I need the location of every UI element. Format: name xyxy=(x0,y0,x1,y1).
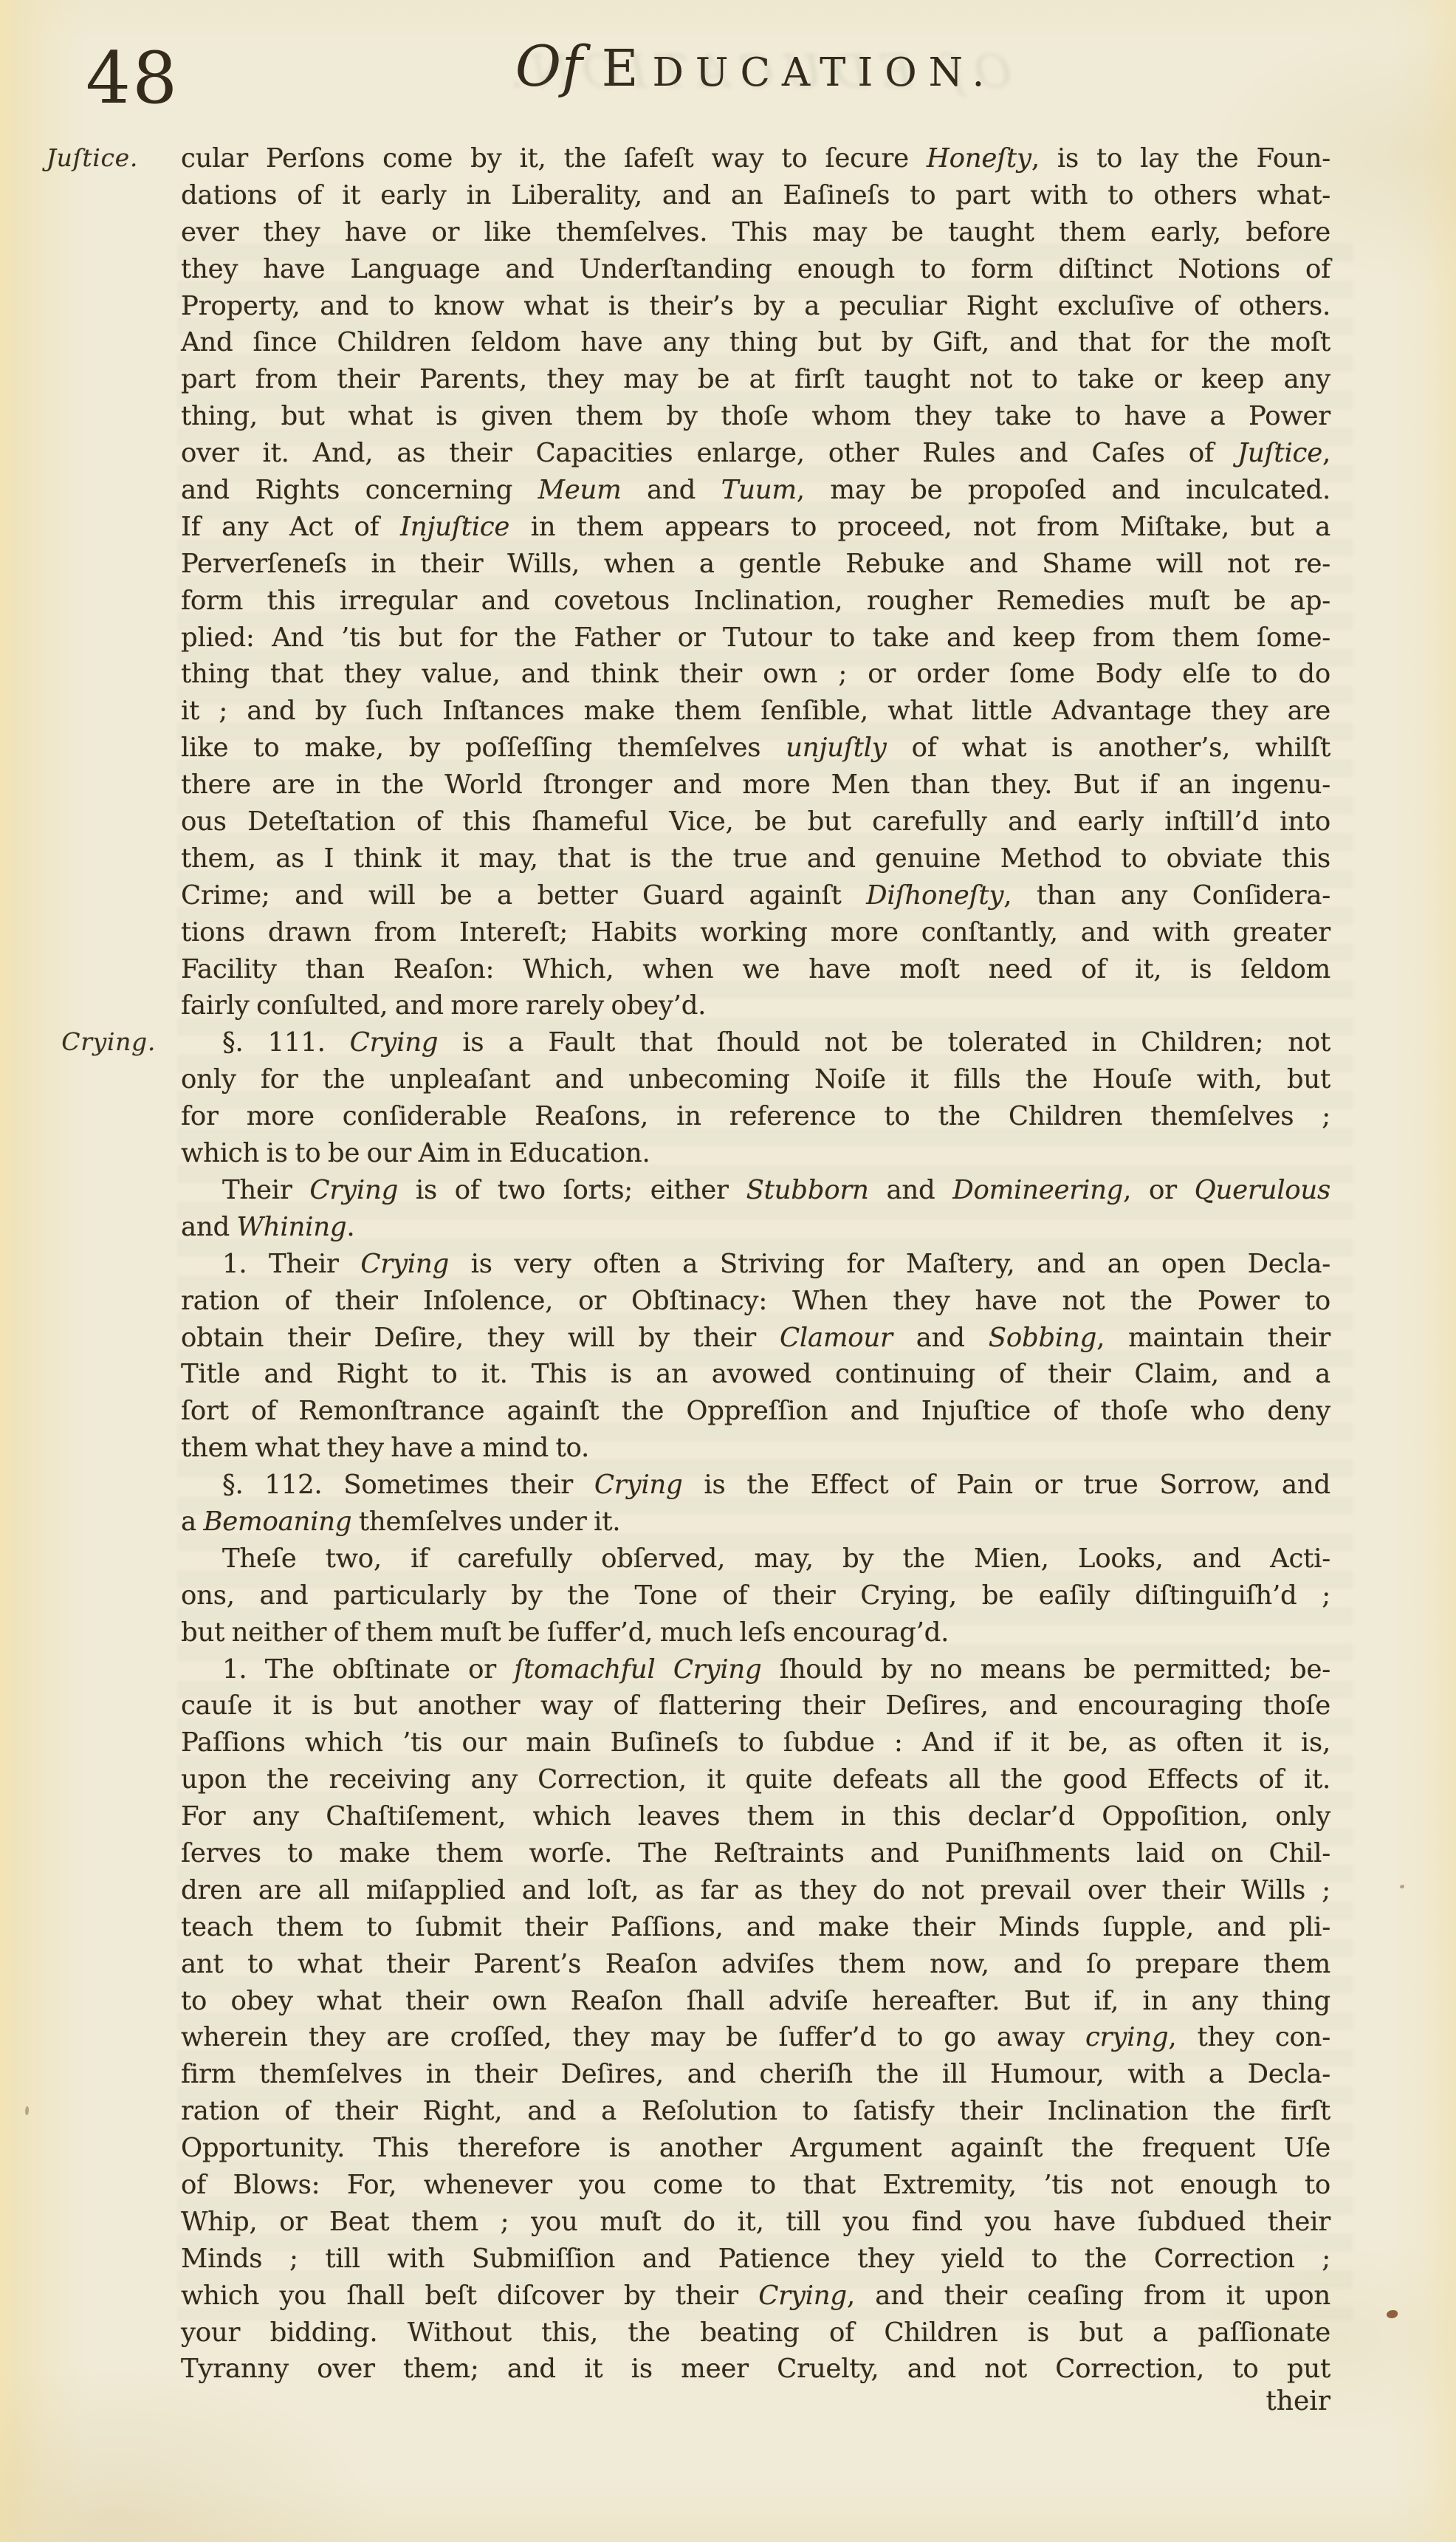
text-line: which is to be our Aim in Education. xyxy=(181,1135,1330,1172)
text-line: cauſe it is but another way of flatterin… xyxy=(181,1688,1330,1724)
text-line: and Whining. xyxy=(181,1209,1330,1246)
text-line: Opportunity. This therefore is another A… xyxy=(181,2130,1330,2167)
text-line: thing, but what is given them by thoſe w… xyxy=(181,398,1330,435)
text-line: ever they have or like themſelves. This … xyxy=(181,214,1330,251)
text-line: cular Perſons come by it, the ſafeſt way… xyxy=(181,140,1330,177)
text-line: teach them to ſubmit their Paſſions, and… xyxy=(181,1909,1330,1946)
margin-note: Juſtice. xyxy=(47,143,138,172)
text-block: Juſtice.cular Perſons come by it, the ſa… xyxy=(181,140,1330,2388)
text-line: a Bemoaning themſelves under it. xyxy=(181,1504,1330,1541)
text-line: only for the unpleaſant and unbecoming N… xyxy=(181,1061,1330,1098)
text-line: but neither of them muſt be ſuffer’d, mu… xyxy=(181,1614,1330,1651)
text-line: ſerves to make them worſe. The Reſtraint… xyxy=(181,1835,1330,1872)
text-line: fairly conſulted, and more rarely obey’d… xyxy=(181,987,1330,1024)
margin-note: Crying. xyxy=(61,1027,156,1056)
text-line: it ; and by ſuch Inſtances make them ſen… xyxy=(181,693,1330,730)
text-line: your bidding. Without this, the beating … xyxy=(181,2315,1330,2351)
book-page: 48 Of EDUCATION. Of EDUCATION. Juſtice.c… xyxy=(0,0,1456,2542)
text-line: 1. Their Crying is very often a Striving… xyxy=(181,1246,1330,1283)
text-line: Paſſions which ’tis our main Buſineſs to… xyxy=(181,1724,1330,1761)
ink-speck xyxy=(1400,1885,1404,1888)
running-title-of: Of xyxy=(515,33,583,99)
text-line: like to make, by poſſeſſing themſelves u… xyxy=(181,730,1330,767)
text-line: tions drawn from Intereſt; Habits workin… xyxy=(181,914,1330,951)
text-line: thing that they value, and think their o… xyxy=(181,656,1330,693)
catchword: their xyxy=(181,2385,1330,2417)
text-line: If any Act of Injuſtice in them appears … xyxy=(181,509,1330,546)
text-line: ration of their Inſolence, or Obſtinacy:… xyxy=(181,1283,1330,1320)
text-line: §. 112. Sometimes their Crying is the Ef… xyxy=(181,1467,1330,1504)
text-line: firm themſelves in their Deſires, and ch… xyxy=(181,2056,1330,2093)
text-line: Whip, or Beat them ; you muſt do it, til… xyxy=(181,2204,1330,2241)
ink-speck xyxy=(25,2106,29,2115)
text-line: Perverſeneſs in their Wills, when a gent… xyxy=(181,546,1330,583)
page-number: 48 xyxy=(86,43,179,114)
text-line: over it. And, as their Capacities enlarg… xyxy=(181,435,1330,472)
running-title: Of EDUCATION. Of EDUCATION. xyxy=(181,38,1330,95)
text-line: ſort of Remonſtrance againſt the Oppreſſ… xyxy=(181,1393,1330,1430)
text-line: ration of their Right, and a Reſolution … xyxy=(181,2093,1330,2130)
text-line: 1. The obſtinate or ſtomachful Crying ſh… xyxy=(181,1651,1330,1688)
text-line: dren are all miſapplied and loſt, as far… xyxy=(181,1872,1330,1909)
text-line: dations of it early in Liberality, and a… xyxy=(181,177,1330,214)
text-line: form this irregular and covetous Inclina… xyxy=(181,583,1330,620)
running-title-caps: DUCATION. xyxy=(652,50,996,95)
ink-speck xyxy=(1387,2310,1398,2318)
paragraph: Their Crying is of two ſorts; either Stu… xyxy=(181,1172,1330,1246)
running-title-initial: E xyxy=(602,40,653,98)
text-line: for more conſiderable Reaſons, in refere… xyxy=(181,1098,1330,1135)
paragraph: Juſtice.cular Perſons come by it, the ſa… xyxy=(181,140,1330,1024)
text-line: them, as I think it may, that is the tru… xyxy=(181,840,1330,877)
text-line: §. 111. Crying is a Fault that ſhould no… xyxy=(181,1024,1330,1061)
text-line: Title and Right to it. This is an avowed… xyxy=(181,1356,1330,1393)
text-line: Minds ; till with Submiſſion and Patienc… xyxy=(181,2241,1330,2278)
text-line: ous Deteſtation of this ſhameful Vice, b… xyxy=(181,804,1330,840)
text-line: them what they have a mind to. xyxy=(181,1430,1330,1467)
text-line: And ſince Children ſeldom have any thing… xyxy=(181,324,1330,361)
text-line: ant to what their Parent’s Reaſon adviſe… xyxy=(181,1946,1330,1983)
text-line: to obey what their own Reaſon ſhall advi… xyxy=(181,1983,1330,2020)
text-line: ons, and particularly by the Tone of the… xyxy=(181,1577,1330,1614)
text-line: Their Crying is of two ſorts; either Stu… xyxy=(181,1172,1330,1209)
text-line: plied: And ’tis but for the Father or Tu… xyxy=(181,620,1330,657)
text-line: Facility than Reaſon: Which, when we hav… xyxy=(181,951,1330,988)
text-line: obtain their Deſire, they will by their … xyxy=(181,1320,1330,1357)
text-line: Crime; and will be a better Guard againſ… xyxy=(181,877,1330,914)
text-line: which you ſhall beſt diſcover by their C… xyxy=(181,2278,1330,2315)
text-line: Property, and to know what is their’s by… xyxy=(181,288,1330,325)
paragraph: 1. Their Crying is very often a Striving… xyxy=(181,1246,1330,1467)
text-line: of Blows: For, whenever you come to that… xyxy=(181,2167,1330,2204)
text-line: Theſe two, if carefully obſerved, may, b… xyxy=(181,1541,1330,1577)
text-line: upon the receiving any Correction, it qu… xyxy=(181,1761,1330,1798)
text-line: there are in the World ſtronger and more… xyxy=(181,767,1330,804)
paragraph: §. 112. Sometimes their Crying is the Ef… xyxy=(181,1467,1330,1541)
text-line: wherein they are croſſed, they may be ſu… xyxy=(181,2019,1330,2056)
paragraph: Theſe two, if carefully obſerved, may, b… xyxy=(181,1541,1330,1651)
text-line: and Rights concerning Meum and Tuum, may… xyxy=(181,472,1330,509)
paragraph: 1. The obſtinate or ſtomachful Crying ſh… xyxy=(181,1651,1330,2388)
text-line: they have Language and Underſtanding eno… xyxy=(181,251,1330,288)
text-line: For any Chaſtiſement, which leaves them … xyxy=(181,1798,1330,1835)
paragraph: Crying.§. 111. Crying is a Fault that ſh… xyxy=(181,1024,1330,1172)
text-line: Tyranny over them; and it is meer Cruelt… xyxy=(181,2351,1330,2388)
text-line: part from their Parents, they may be at … xyxy=(181,361,1330,398)
